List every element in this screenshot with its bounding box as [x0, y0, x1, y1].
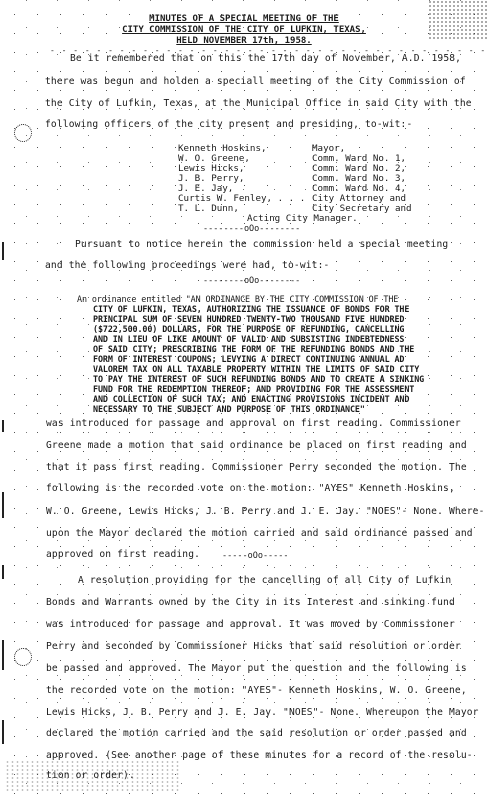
ordinance-line: AND COLLECTION OF SUCH TAX; AND ENACTING… [93, 394, 409, 404]
motion-line: approved on first reading. [46, 549, 200, 560]
heading-line-1: MINUTES OF A SPECIAL MEETING OF THE [0, 14, 488, 24]
ordinance-line: VALOREM TAX ON ALL TAXABLE PROPERTY WITH… [93, 364, 419, 374]
ordinance-line: NECESSARY TO THE SUBJECT AND PURPOSE OF … [93, 404, 365, 414]
separator: --------oOo-------- [203, 276, 300, 286]
resolution-line: A resolution providing for the cancellin… [78, 575, 451, 586]
motion-line: W. O. Greene, Lewis Hicks, J. B. Perry a… [46, 506, 485, 517]
motion-line: was introduced for passage and approval … [46, 418, 461, 429]
resolution-line: Lewis Hicks, J. B. Perry and J. E. Jay. … [46, 707, 479, 718]
resolution-line: tion or order). [46, 770, 135, 781]
ordinance-line: AND IN LIEU OF LIKE AMOUNT OF VALID AND … [93, 334, 404, 344]
separator: -----oOo----- [222, 551, 289, 561]
heading-line-3: HELD NOVEMBER 17th, 1958. [0, 36, 488, 46]
ordinance-line: OF SAID CITY; PRESCRIBING THE FORM OF TH… [93, 344, 414, 354]
intro-line: there was begun and holden a speciall me… [45, 76, 466, 87]
separator: --------oOo-------- [203, 224, 300, 234]
heading-line-2: CITY COMMISSION OF THE CITY OF LUFKIN, T… [0, 25, 488, 35]
roster-trailer: Acting City Manager. [247, 213, 358, 224]
motion-line: Greene made a motion that said ordinance… [46, 440, 467, 451]
hole-punch-mark [14, 124, 32, 142]
ordinance-line: FORM OF INTEREST COUPONS; LEVYING A DIRE… [93, 354, 404, 364]
margin-mark [2, 565, 4, 579]
intro-line: the City of Lufkin, Texas, at the Munici… [45, 98, 472, 109]
resolution-line: declared the motion carried and the said… [46, 728, 467, 739]
motion-line: upon the Mayor declared the motion carri… [46, 528, 473, 539]
intro-line: Be it remembered that on this the 17th d… [70, 53, 461, 64]
ordinance-line: An ordinance entitled "AN ORDINANCE BY T… [77, 294, 398, 304]
resolution-line: the recorded vote on the motion: "AYES"-… [46, 685, 467, 696]
margin-mark [2, 492, 4, 518]
resolution-line: was introduced for passage and approval.… [46, 619, 455, 630]
resolution-line: approved. (See another page of these min… [46, 750, 473, 761]
resolution-line: Bonds and Warrants owned by the City in … [46, 597, 455, 608]
motion-line: following is the recorded vote on the mo… [46, 483, 455, 494]
margin-mark [2, 420, 4, 432]
ordinance-line: FUND FOR THE REDEMPTION THEREOF; AND PRO… [93, 384, 414, 394]
ordinance-line: TO PAY THE INTEREST OF SUCH REFUNDING BO… [93, 374, 424, 384]
ordinance-line: PRINCIPAL SUM OF SEVEN HUNDRED TWENTY-TW… [93, 314, 404, 324]
resolution-line: Perry and seconded by Commissioner Hicks… [46, 641, 461, 652]
hole-punch-mark [14, 648, 32, 666]
margin-mark [2, 720, 4, 744]
margin-mark [2, 242, 4, 260]
pursuant-line: Pursuant to notice herein the commission… [75, 239, 448, 250]
scanned-page: MINUTES OF A SPECIAL MEETING OF THE CITY… [0, 0, 488, 800]
ordinance-line: CITY OF LUFKIN, TEXAS, AUTHORIZING THE I… [93, 304, 409, 314]
resolution-line: be passed and approved. The Mayor put th… [46, 663, 467, 674]
roster-name: T. L. Dunn, [178, 203, 239, 214]
motion-line: that it pass first reading. Commissioner… [46, 462, 467, 473]
intro-line: following officers of the city present a… [45, 119, 412, 130]
ordinance-line: ($722,500.00) DOLLARS, FOR THE PURPOSE O… [93, 324, 404, 334]
margin-mark [2, 640, 4, 670]
pursuant-line: and the following proceedings were had, … [45, 260, 329, 271]
